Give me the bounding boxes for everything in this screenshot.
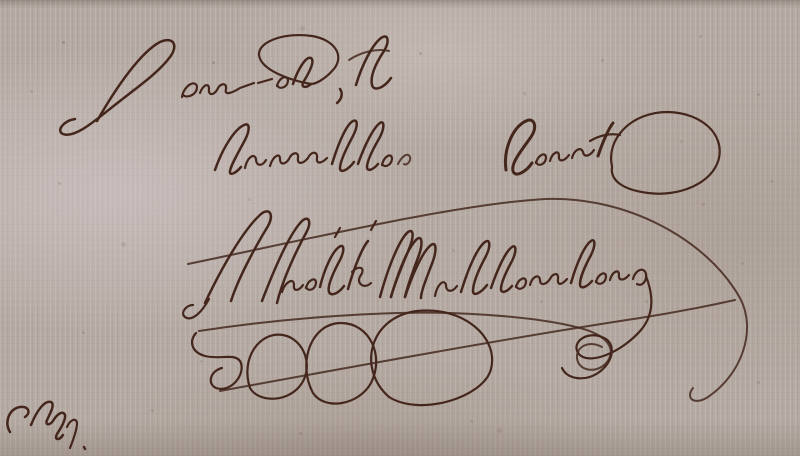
ink-stroke: [505, 120, 534, 174]
ink-stroke: [596, 273, 606, 283]
ink-stroke: [320, 246, 344, 294]
ink-stroke: [356, 36, 391, 88]
ink-stroke: [633, 270, 646, 285]
ink-stroke: [262, 219, 309, 303]
ink-stroke: [306, 279, 316, 289]
ink-stroke: [306, 323, 376, 404]
ink-stroke: [337, 89, 342, 103]
ink-stroke: [60, 40, 174, 135]
ink-stroke: [258, 79, 272, 83]
ink-stroke: [550, 152, 569, 161]
margin-word-fragment: [7, 402, 85, 449]
ink-stroke: [192, 333, 242, 389]
ink-stroke: [277, 77, 288, 88]
signature-paraph-flourish: [192, 300, 735, 405]
ink-stroke: [332, 121, 357, 171]
ink-stroke: [536, 154, 546, 164]
signature-name-script: [183, 211, 651, 378]
ink-stroke: [611, 112, 720, 194]
ink-stroke: [200, 83, 254, 94]
ink-stroke: [245, 156, 266, 168]
letter-scan: Your obd't humble Servt Fredk Muhlenberg…: [0, 0, 800, 456]
ink-stroke: [398, 155, 410, 165]
ink-stroke: [282, 281, 303, 292]
ink-stroke: [7, 407, 28, 432]
ink-stroke: [348, 241, 368, 289]
handwriting-layer: [0, 0, 800, 456]
ink-stroke: [67, 420, 77, 448]
ink-stroke: [31, 402, 65, 439]
ink-stroke: [270, 153, 327, 166]
ink-stroke: [84, 447, 85, 449]
ink-stroke: [259, 35, 338, 84]
ink-stroke: [435, 282, 457, 296]
ink-stroke: [610, 271, 629, 280]
ink-stroke: [491, 246, 515, 292]
ink-stroke: [572, 149, 594, 158]
ink-stroke: [371, 310, 492, 405]
ink-stroke: [358, 122, 383, 170]
ink-stroke: [182, 83, 197, 97]
flourish-underline-stroke: [188, 199, 747, 401]
ink-stroke: [215, 124, 249, 173]
ink-stroke: [516, 278, 526, 288]
ink-stroke: [188, 199, 747, 401]
closing-line-1-script: [60, 35, 391, 135]
ink-stroke: [247, 335, 306, 399]
ink-stroke: [571, 240, 594, 287]
ink-stroke: [352, 268, 371, 286]
closing-line-2-script: [215, 112, 720, 194]
ink-stroke: [530, 274, 567, 285]
ink-stroke: [461, 241, 489, 294]
ink-stroke: [382, 155, 392, 166]
ink-stroke: [205, 211, 271, 303]
